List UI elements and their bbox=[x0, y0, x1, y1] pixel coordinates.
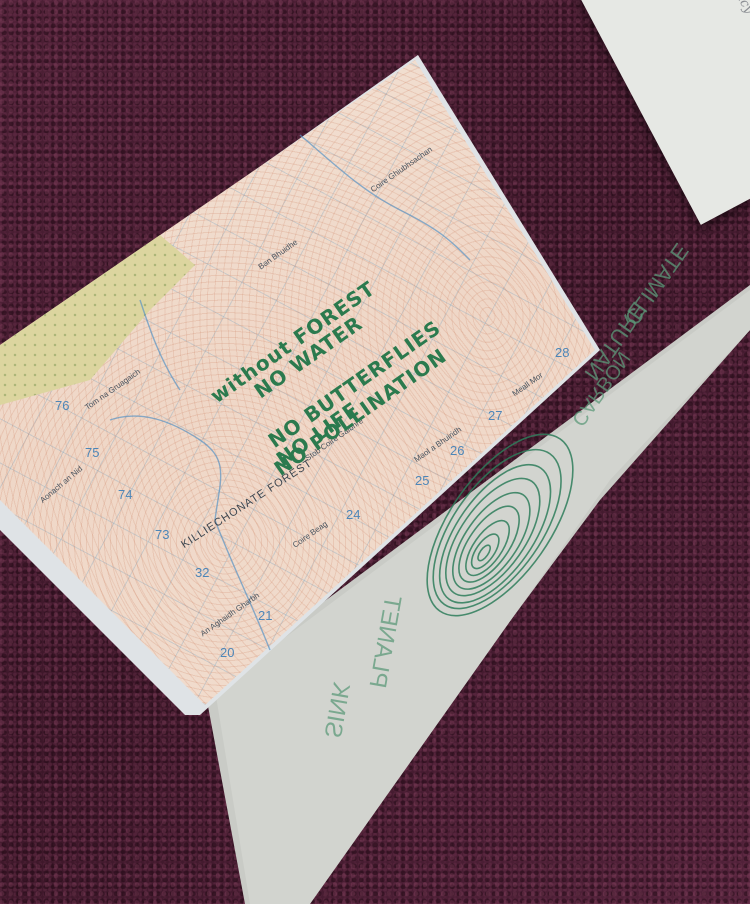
grid-number: 28 bbox=[555, 345, 569, 360]
grid-number: 32 bbox=[195, 565, 209, 580]
grid-number: 25 bbox=[415, 473, 429, 488]
grid-number: 75 bbox=[85, 445, 99, 460]
grid-number: 74 bbox=[118, 487, 132, 502]
grid-number: 20 bbox=[220, 645, 234, 660]
grid-number: 27 bbox=[488, 408, 502, 423]
grid-number: 76 bbox=[55, 398, 69, 413]
grid-number: 24 bbox=[346, 507, 360, 522]
map-rivers bbox=[0, 0, 750, 904]
grid-number: 73 bbox=[155, 527, 169, 542]
grid-number: 26 bbox=[450, 443, 464, 458]
grid-number: 21 bbox=[258, 608, 272, 623]
